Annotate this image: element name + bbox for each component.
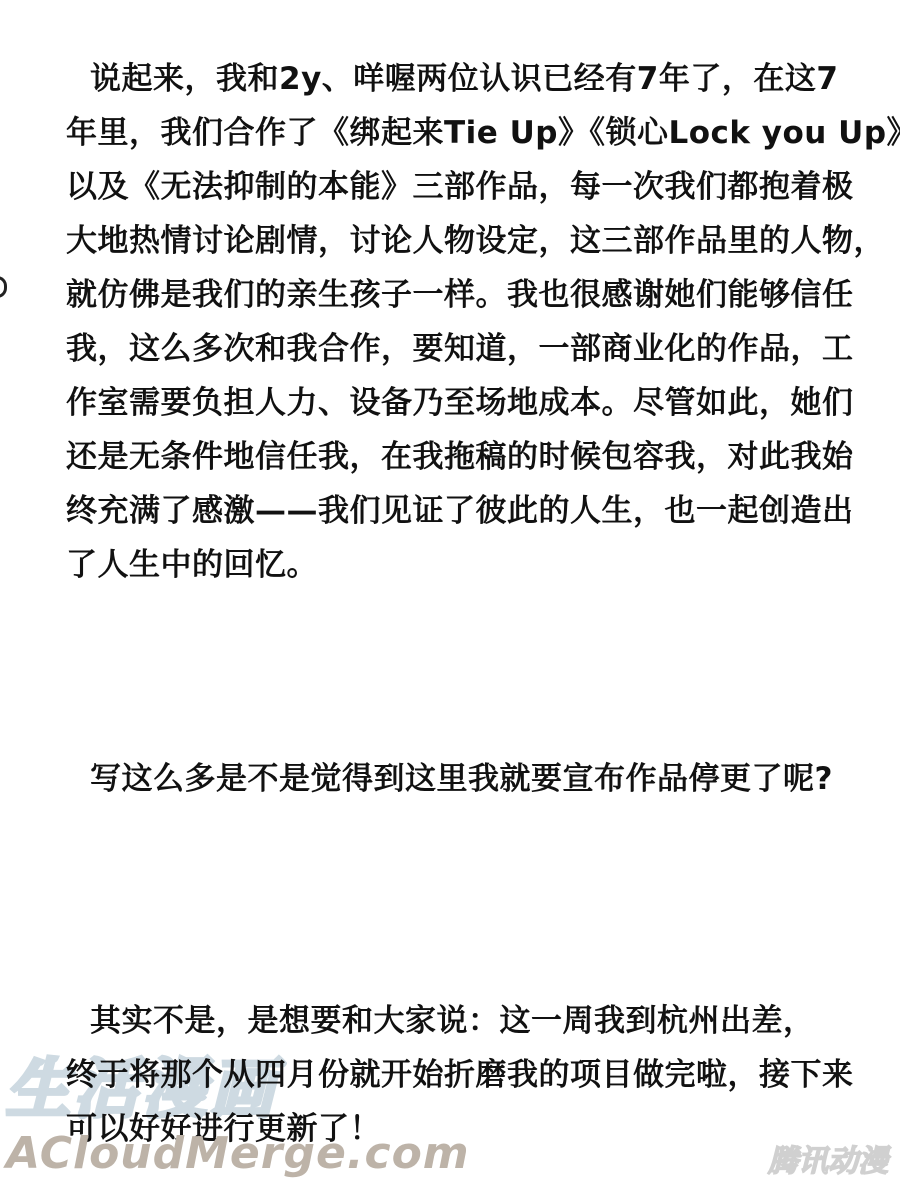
text-line: 年里，我们合作了《绑起来Tie Up》《锁心Lock you Up》 xyxy=(66,106,866,160)
watermark-en-site: ACloudMerge.com xyxy=(6,1128,470,1179)
text-line: 说起来，我和2y、咩喔两位认识已经有7年了，在这7 xyxy=(66,52,866,106)
text-line: 终充满了感激——我们见证了彼此的人生，也一起创造出 xyxy=(66,484,866,538)
edge-artifact xyxy=(0,276,7,298)
paragraph-question: 写这么多是不是觉得到这里我就要宣布作品停更了呢? xyxy=(90,752,890,806)
watermark-publisher-logo: 腾讯动漫 xyxy=(768,1136,888,1180)
text-line: 终于将那个从四月份就开始折磨我的项目做完啦，接下来 xyxy=(66,1048,866,1102)
text-line: 还是无条件地信任我，在我拖稿的时候包容我，对此我始 xyxy=(66,430,866,484)
text-line: 我，这么多次和我合作，要知道，一部商业化的作品，工 xyxy=(66,322,866,376)
text-line: 写这么多是不是觉得到这里我就要宣布作品停更了呢? xyxy=(90,752,890,806)
text-line: 其实不是，是想要和大家说：这一周我到杭州出差， xyxy=(66,994,866,1048)
text-line: 以及《无法抑制的本能》三部作品，每一次我们都抱着极 xyxy=(66,160,866,214)
text-line: 了人生中的回忆。 xyxy=(66,538,866,592)
comic-text-page: 说起来，我和2y、咩喔两位认识已经有7年了，在这7 年里，我们合作了《绑起来Ti… xyxy=(0,0,900,1188)
text-line: 大地热情讨论剧情，讨论人物设定，这三部作品里的人物， xyxy=(66,214,866,268)
text-line: 就仿佛是我们的亲生孩子一样。我也很感谢她们能够信任 xyxy=(66,268,866,322)
paragraph-gratitude: 说起来，我和2y、咩喔两位认识已经有7年了，在这7 年里，我们合作了《绑起来Ti… xyxy=(66,52,866,592)
text-line: 作室需要负担人力、设备乃至场地成本。尽管如此，她们 xyxy=(66,376,866,430)
